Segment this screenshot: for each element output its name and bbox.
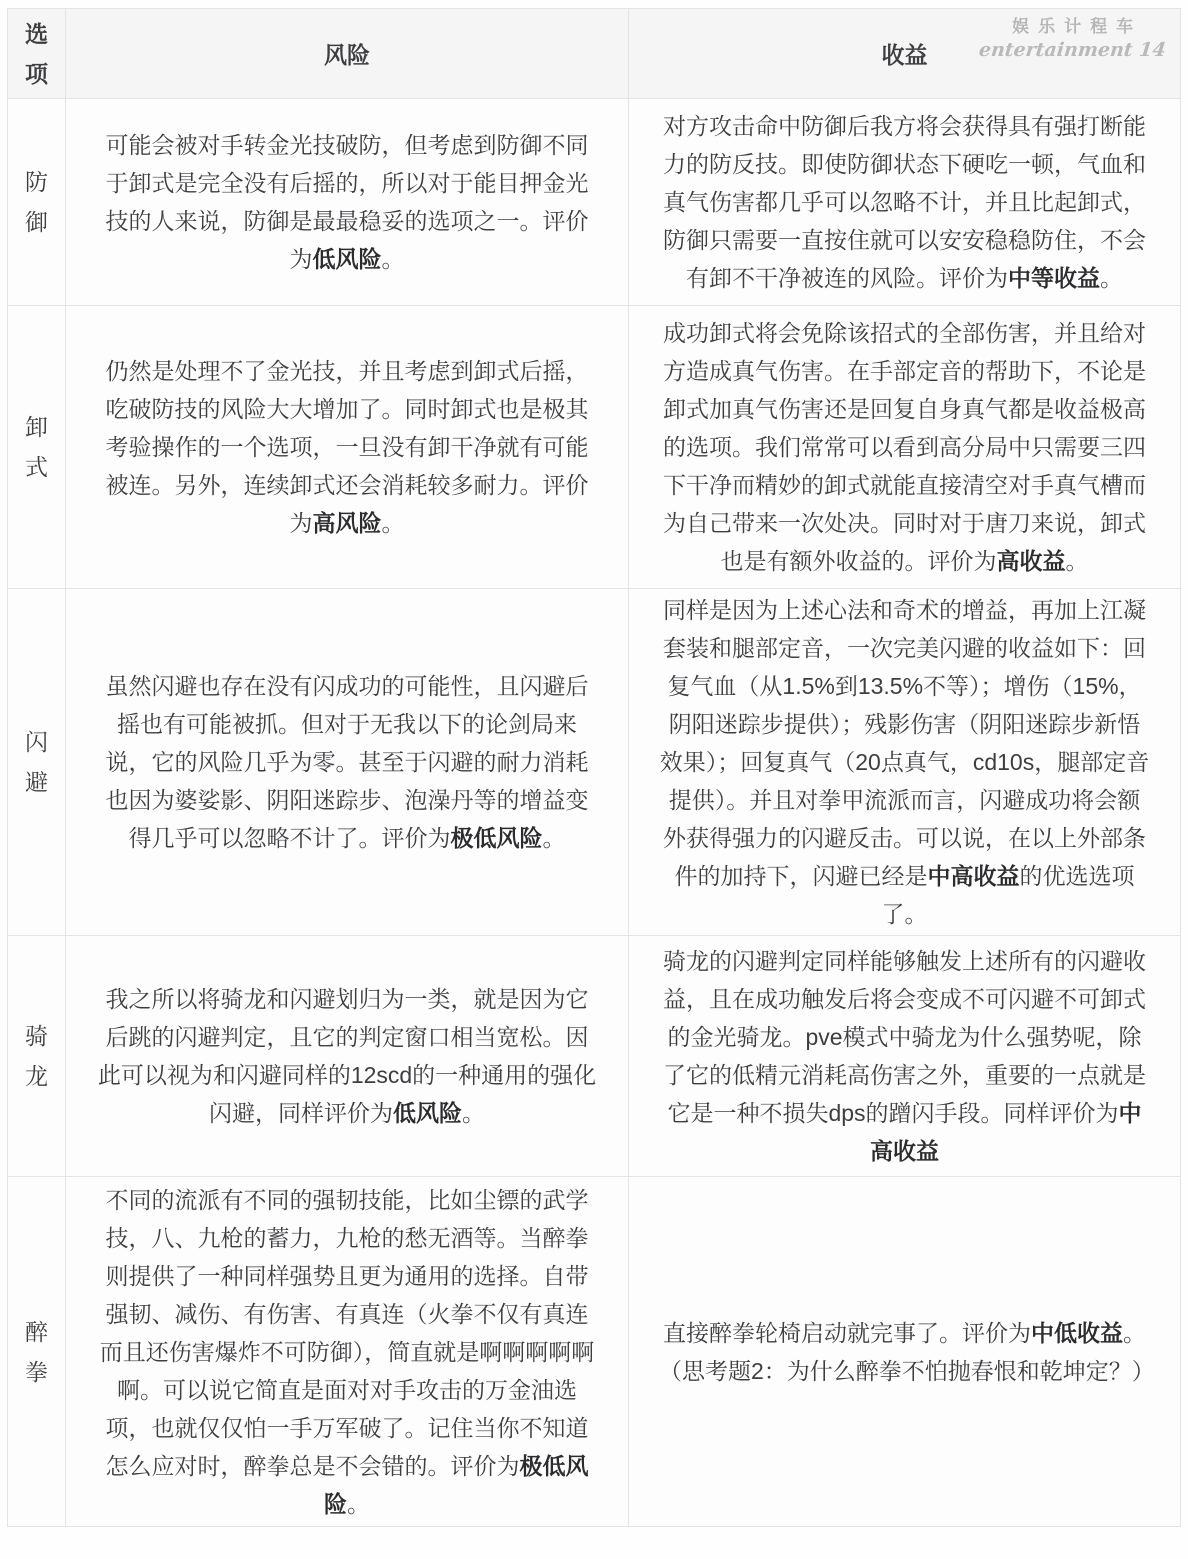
benefit-cell: 同样是因为上述心法和奇术的增益，再加上江凝套装和腿部定音，一次完美闪避的收益如下… <box>629 589 1180 936</box>
risk-cell: 我之所以将骑龙和闪避划归为一类，就是因为它后跳的闪避判定，且它的判定窗口相当宽松… <box>66 936 629 1177</box>
risk-cell: 可能会被对手转金光技破防，但考虑到防御不同于卸式是完全没有后摇的，所以对于能目押… <box>66 99 629 306</box>
option-label: 闪避 <box>25 722 48 802</box>
benefit-text: 对方攻击命中防御后我方将会获得具有强打断能力的防反技。即使防御状态下硬吃一顿，气… <box>659 107 1150 297</box>
watermark-english: entertainment 14 <box>978 39 1167 61</box>
option-label: 防御 <box>25 162 48 242</box>
text-part: 骑龙的闪避判定同样能够触发上述所有的闪避收益，且在成功触发后将会变成不可闪避不可… <box>663 948 1146 1126</box>
benefit-cell: 对方攻击命中防御后我方将会获得具有强打断能力的防反技。即使防御状态下硬吃一顿，气… <box>629 99 1180 306</box>
risk-text: 我之所以将骑龙和闪避划归为一类，就是因为它后跳的闪避判定，且它的判定窗口相当宽松… <box>96 980 598 1132</box>
option-cell: 卸式 <box>8 306 66 589</box>
option-label: 卸式 <box>25 407 48 487</box>
risk-cell: 虽然闪避也存在没有闪成功的可能性，且闪避后摇也有可能被抓。但对于无我以下的论剑局… <box>66 589 629 936</box>
text-part: 。 <box>1066 548 1089 574</box>
text-part: 。 <box>1100 265 1123 291</box>
options-table: 选项 风险 收益 防御可能会被对手转金光技破防，但考虑到防御不同于卸式是完全没有… <box>7 8 1181 1527</box>
risk-text: 可能会被对手转金光技破防，但考虑到防御不同于卸式是完全没有后摇的，所以对于能目押… <box>96 126 598 278</box>
text-part: 。 <box>382 246 405 272</box>
benefit-cell: 直接醉拳轮椅启动就完事了。评价为中低收益。（思考题2：为什么醉拳不怕抛春恨和乾坤… <box>629 1177 1180 1526</box>
watermark: 娱乐计程车 entertainment 14 <box>979 12 1166 61</box>
option-label: 骑龙 <box>25 1016 48 1096</box>
evaluation-strong: 中低收益 <box>1031 1320 1123 1346</box>
risk-text: 虽然闪避也存在没有闪成功的可能性，且闪避后摇也有可能被抓。但对于无我以下的论剑局… <box>96 667 598 857</box>
text-part: 。 <box>347 1491 370 1517</box>
text-part: 不同的流派有不同的强韧技能，比如尘镖的武学技，八、九枪的蓄力，九枪的愁无酒等。当… <box>100 1187 595 1479</box>
evaluation-strong: 极低风险 <box>451 825 543 851</box>
benefit-cell: 成功卸式将会免除该招式的全部伤害，并且给对方造成真气伤害。在手部定音的帮助下，不… <box>629 306 1180 589</box>
header-risk-label: 风险 <box>324 37 370 70</box>
watermark-chinese: 娱乐计程车 <box>979 12 1166 37</box>
header-risk: 风险 <box>66 9 629 99</box>
benefit-text: 骑龙的闪避判定同样能够触发上述所有的闪避收益，且在成功触发后将会变成不可闪避不可… <box>659 942 1150 1170</box>
risk-text: 仍然是处理不了金光技，并且考虑到卸式后摇，吃破防技的风险大大增加了。同时卸式也是… <box>96 352 598 542</box>
text-part: 。 <box>382 510 405 536</box>
header-benefit-label: 收益 <box>882 37 928 70</box>
option-cell: 醉拳 <box>8 1177 66 1526</box>
text-part: 。 <box>462 1100 485 1126</box>
evaluation-strong: 低风险 <box>313 246 382 272</box>
header-option-label: 选项 <box>25 14 48 94</box>
benefit-text: 同样是因为上述心法和奇术的增益，再加上江凝套装和腿部定音，一次完美闪避的收益如下… <box>659 591 1150 933</box>
option-cell: 闪避 <box>8 589 66 936</box>
benefit-text: 直接醉拳轮椅启动就完事了。评价为中低收益。（思考题2：为什么醉拳不怕抛春恨和乾坤… <box>659 1314 1150 1390</box>
header-option: 选项 <box>8 9 66 99</box>
text-part: 成功卸式将会免除该招式的全部伤害，并且给对方造成真气伤害。在手部定音的帮助下，不… <box>663 320 1146 574</box>
risk-text: 不同的流派有不同的强韧技能，比如尘镖的武学技，八、九枪的蓄力，九枪的愁无酒等。当… <box>96 1181 598 1523</box>
text-part: 同样是因为上述心法和奇术的增益，再加上江凝套装和腿部定音，一次完美闪避的收益如下… <box>660 597 1149 889</box>
option-cell: 防御 <box>8 99 66 306</box>
evaluation-strong: 低风险 <box>393 1100 462 1126</box>
option-label: 醉拳 <box>25 1312 48 1392</box>
risk-cell: 不同的流派有不同的强韧技能，比如尘镖的武学技，八、九枪的蓄力，九枪的愁无酒等。当… <box>66 1177 629 1526</box>
benefit-cell: 骑龙的闪避判定同样能够触发上述所有的闪避收益，且在成功触发后将会变成不可闪避不可… <box>629 936 1180 1177</box>
risk-cell: 仍然是处理不了金光技，并且考虑到卸式后摇，吃破防技的风险大大增加了。同时卸式也是… <box>66 306 629 589</box>
option-cell: 骑龙 <box>8 936 66 1177</box>
evaluation-strong: 高收益 <box>997 548 1066 574</box>
text-part: 我之所以将骑龙和闪避划归为一类，就是因为它后跳的闪避判定，且它的判定窗口相当宽松… <box>98 986 596 1126</box>
benefit-text: 成功卸式将会免除该招式的全部伤害，并且给对方造成真气伤害。在手部定音的帮助下，不… <box>659 314 1150 580</box>
evaluation-strong: 中高收益 <box>928 863 1020 889</box>
text-part: 直接醉拳轮椅启动就完事了。评价为 <box>663 1320 1031 1346</box>
evaluation-strong: 中等收益 <box>1008 265 1100 291</box>
evaluation-strong: 高风险 <box>313 510 382 536</box>
text-part: 。 <box>543 825 566 851</box>
